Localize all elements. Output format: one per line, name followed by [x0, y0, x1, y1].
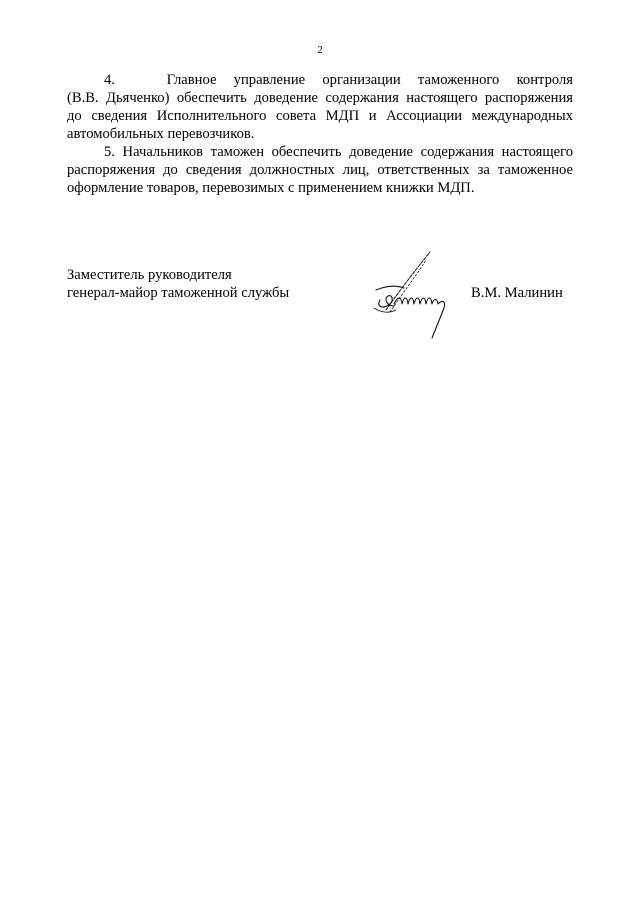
signer-name: В.М. Малинин [471, 284, 563, 302]
paragraph-line: 5. Начальников таможен обеспечить доведе… [67, 143, 573, 161]
paragraph-line: (В.В. Дьяченко) обеспечить доведение сод… [67, 89, 573, 107]
paragraph-item-5: 5. Начальников таможен обеспечить доведе… [67, 143, 573, 197]
handwritten-signature-icon [368, 248, 463, 340]
paragraph-line: 4. Главное управление организации таможе… [67, 71, 573, 89]
rank-line: генерал-майор таможенной службы [67, 284, 289, 302]
page-number: 2 [0, 44, 640, 56]
signatory-position: Заместитель руководителя генерал-майор т… [67, 266, 289, 302]
paragraph-line: до сведения Исполнительного совета МДП и… [67, 107, 573, 125]
paragraph-item-4: 4. Главное управление организации таможе… [67, 71, 573, 143]
position-line: Заместитель руководителя [67, 266, 289, 284]
paragraph-line: оформление товаров, перевозимых с примен… [67, 179, 573, 197]
paragraph-line: автомобильных перевозчиков. [67, 125, 573, 143]
paragraph-line: распоряжения до сведения должностных лиц… [67, 161, 573, 179]
